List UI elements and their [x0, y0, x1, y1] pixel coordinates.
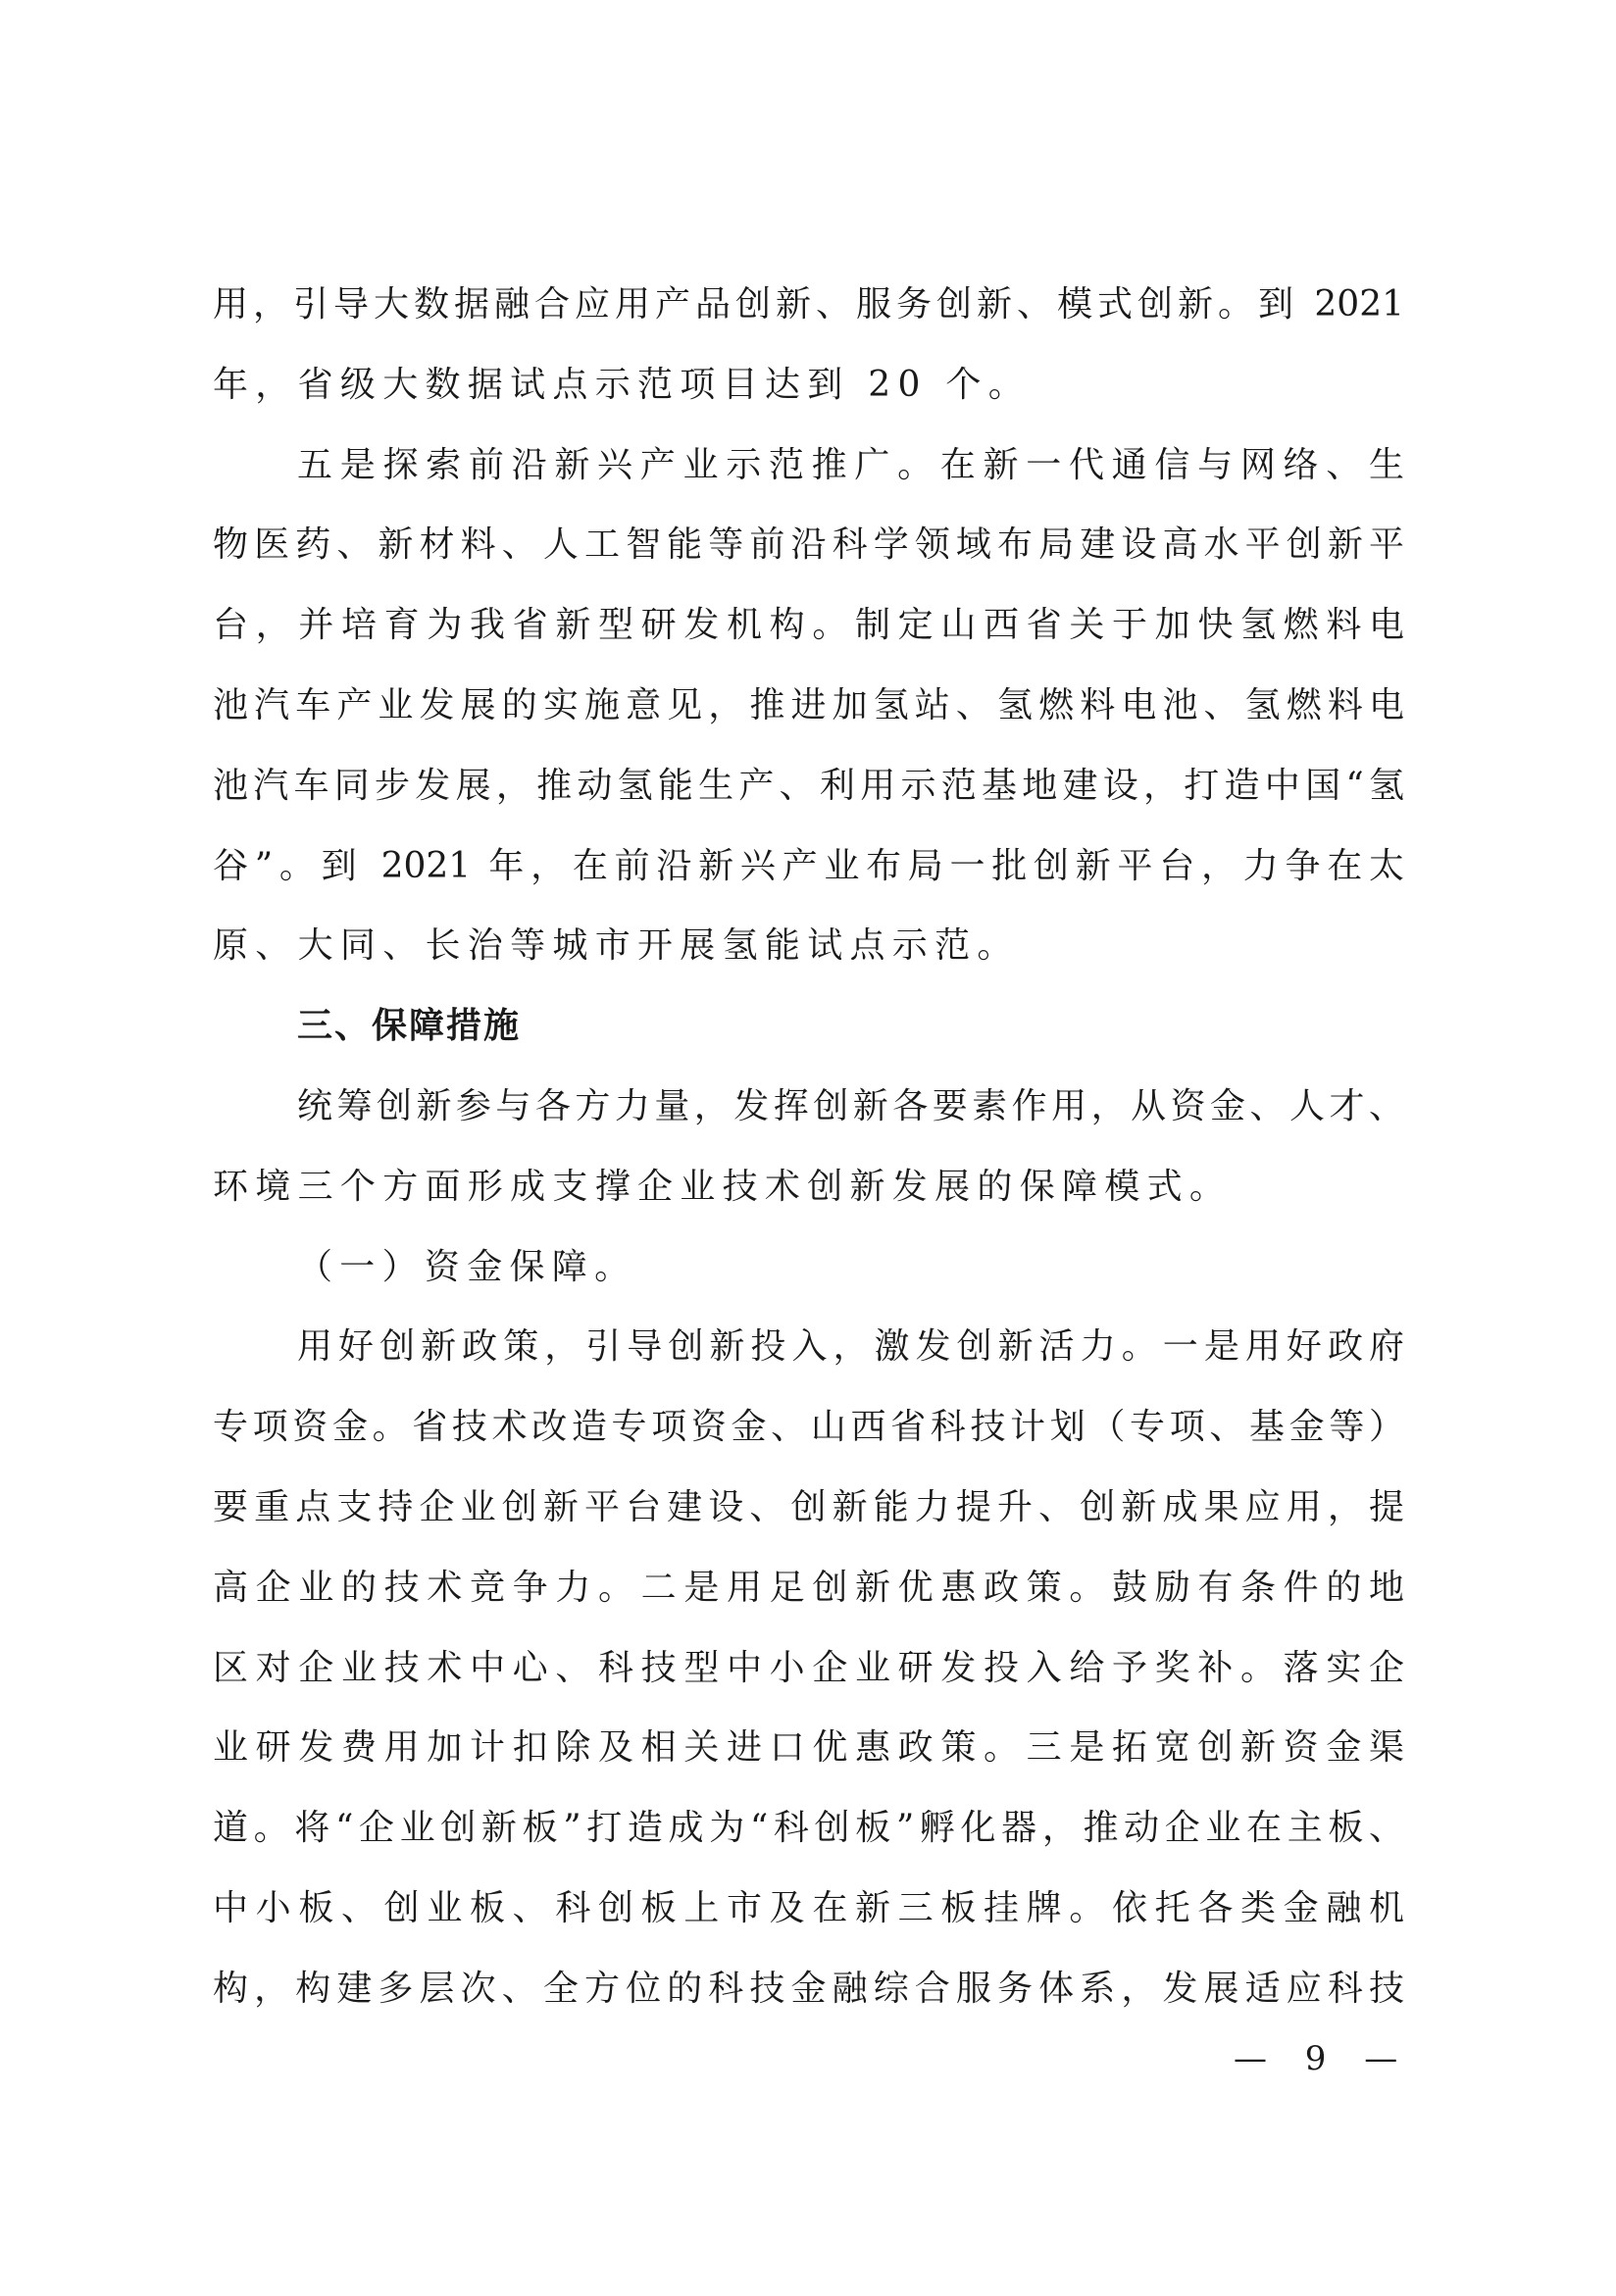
text-line: 台，并培育为我省新型研发机构。制定山西省关于加快氢燃料电	[213, 585, 1404, 666]
section-heading: 三、保障措施	[213, 986, 1404, 1067]
text-line: 专项资金。省技术改造专项资金、山西省科技计划（专项、基金等）	[213, 1387, 1404, 1468]
text-line: 年，省级大数据试点示范项目达到 20 个。	[213, 345, 1404, 425]
text-line: 区对企业技术中心、科技型中小企业研发投入给予奖补。落实企	[213, 1628, 1404, 1709]
text-line: 业研发费用加计扣除及相关进口优惠政策。三是拓宽创新资金渠	[213, 1708, 1404, 1788]
text-line: 构，构建多层次、全方位的科技金融综合服务体系，发展适应科技	[213, 1949, 1404, 2029]
text-line: 统筹创新参与各方力量，发挥创新各要素作用，从资金、人才、	[213, 1067, 1404, 1147]
text-line: 物医药、新材料、人工智能等前沿科学领域布局建设高水平创新平	[213, 505, 1404, 585]
page-number: — 9 —	[1234, 2039, 1411, 2078]
text-line: 道。将“企业创新板”打造成为“科创板”孵化器，推动企业在主板、	[213, 1788, 1404, 1869]
document-body: 用，引导大数据融合应用产品创新、服务创新、模式创新。到 2021 年，省级大数据…	[213, 265, 1404, 2029]
text-line: 要重点支持企业创新平台建设、创新能力提升、创新成果应用，提	[213, 1468, 1404, 1548]
text-line: 五是探索前沿新兴产业示范推广。在新一代通信与网络、生	[213, 425, 1404, 506]
text-line: 用好创新政策，引导创新投入，激发创新活力。一是用好政府	[213, 1307, 1404, 1387]
text-line: 池汽车产业发展的实施意见，推进加氢站、氢燃料电池、氢燃料电	[213, 666, 1404, 746]
text-line: 环境三个方面形成支撑企业技术创新发展的保障模式。	[213, 1147, 1404, 1227]
subsection-heading: （一）资金保障。	[213, 1227, 1404, 1308]
text-line: 原、大同、长治等城市开展氢能试点示范。	[213, 906, 1404, 986]
text-line: 高企业的技术竞争力。二是用足创新优惠政策。鼓励有条件的地	[213, 1548, 1404, 1628]
document-page: 用，引导大数据融合应用产品创新、服务创新、模式创新。到 2021 年，省级大数据…	[0, 0, 1616, 2296]
text-line: 谷”。到 2021 年，在前沿新兴产业布局一批创新平台，力争在太	[213, 826, 1404, 907]
text-line: 池汽车同步发展，推动氢能生产、利用示范基地建设，打造中国“氢	[213, 746, 1404, 826]
text-line: 用，引导大数据融合应用产品创新、服务创新、模式创新。到 2021	[213, 265, 1404, 345]
text-line: 中小板、创业板、科创板上市及在新三板挂牌。依托各类金融机	[213, 1869, 1404, 1949]
